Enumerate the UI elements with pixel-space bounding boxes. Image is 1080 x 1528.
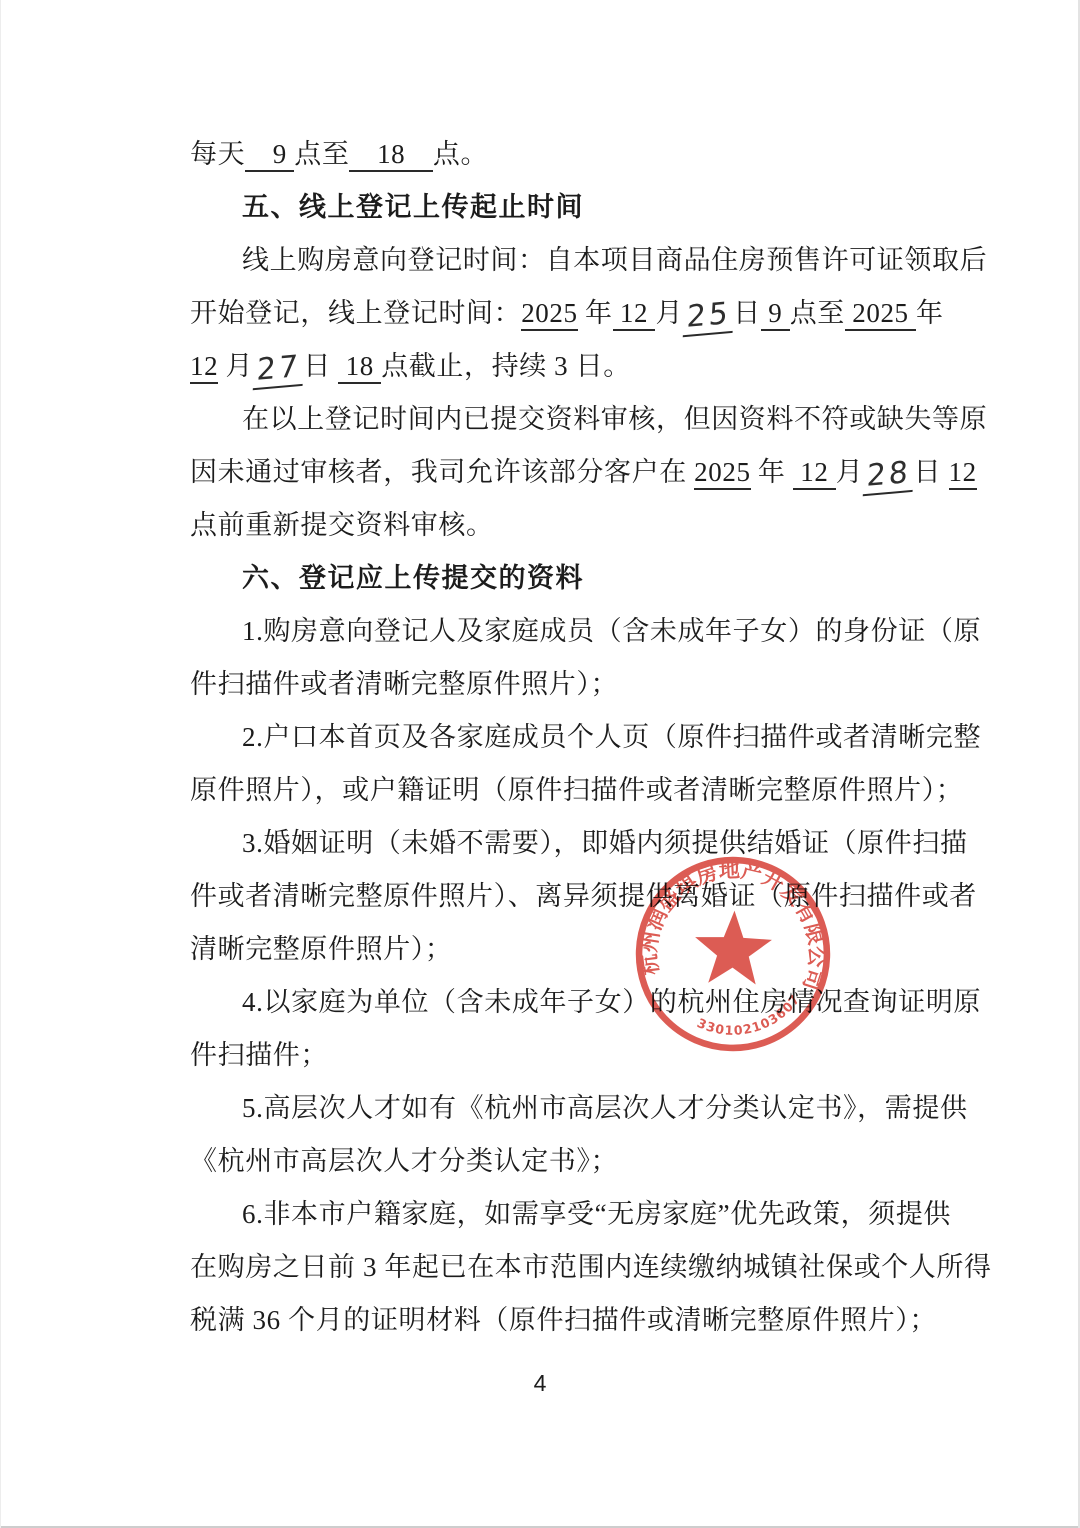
- line-item3-c: 清晰完整原件照片）；: [190, 923, 908, 976]
- line-item2-b: 原件照片），或户籍证明（原件扫描件或者清晰完整原件照片）；: [190, 764, 908, 817]
- text-segment: 日: [733, 298, 761, 328]
- underlined-value: 12: [190, 351, 218, 384]
- line-registration-end: 12 月27日 18 点截止，持续 3 日。: [190, 340, 908, 393]
- line-item6-c: 税满 36 个月的证明材料（原件扫描件或清晰完整原件照片）；: [190, 1294, 908, 1347]
- underlined-value: 18: [338, 351, 381, 384]
- heading-section-6: 六、登记应上传提交的资料: [190, 552, 908, 605]
- text-segment: 五、线上登记上传起止时间: [242, 192, 584, 223]
- underlined-value: 12: [613, 298, 656, 331]
- text-segment: 月: [836, 457, 864, 487]
- text-segment: 3.婚姻证明（未婚不需要），即婚内须提供结婚证（原件扫描: [242, 828, 968, 858]
- underlined-value: 9: [761, 298, 790, 331]
- line-review-1: 在以上登记时间内已提交资料审核，但因资料不符或缺失等原: [190, 393, 908, 446]
- line-registration-start: 开始登记，线上登记时间：2025 年 12 月25日 9 点至 2025 年: [190, 287, 908, 340]
- text-segment: 年: [578, 298, 613, 328]
- scan-edge-left: [0, 0, 1, 1528]
- text-segment: 线上购房意向登记时间：自本项目商品住房预售许可证领取后: [242, 245, 987, 275]
- document-body: 每天 9 点至 18 点。五、线上登记上传起止时间线上购房意向登记时间：自本项目…: [190, 128, 908, 1347]
- text-segment: 5.高层次人才如有《杭州市高层次人才分类认定书》，需提供: [242, 1093, 968, 1123]
- text-segment: 月: [655, 298, 683, 328]
- text-segment: 点至: [790, 298, 845, 328]
- underlined-value: 9: [245, 139, 294, 172]
- heading-section-5: 五、线上登记上传起止时间: [190, 181, 908, 234]
- text-segment: 在购房之日前 3 年起已在本市范围内连续缴纳城镇社保或个人所得: [190, 1252, 992, 1282]
- line-item4-b: 件扫描件；: [190, 1029, 908, 1082]
- text-segment: 每天: [190, 139, 245, 169]
- line-item4-a: 4.以家庭为单位（含未成年子女）的杭州住房情况查询证明原: [190, 976, 908, 1029]
- line-item3-a: 3.婚姻证明（未婚不需要），即婚内须提供结婚证（原件扫描: [190, 817, 908, 870]
- line-review-2: 因未通过审核者，我司允许该部分客户在 2025 年 12 月28日 12: [190, 446, 908, 499]
- line-item5-a: 5.高层次人才如有《杭州市高层次人才分类认定书》，需提供: [190, 1082, 908, 1135]
- text-segment: 开始登记，线上登记时间：: [190, 298, 521, 328]
- line-daily-hours: 每天 9 点至 18 点。: [190, 128, 908, 181]
- line-item1-a: 1.购房意向登记人及家庭成员（含未成年子女）的身份证（原: [190, 605, 908, 658]
- underlined-value: 2025: [521, 298, 577, 331]
- text-segment: 1.购房意向登记人及家庭成员（含未成年子女）的身份证（原: [242, 616, 981, 646]
- text-segment: 件扫描件或者清晰完整原件照片）；: [190, 669, 618, 699]
- handwritten-value: 28: [863, 458, 915, 497]
- handwritten-value: 27: [253, 352, 305, 391]
- line-registration-intro: 线上购房意向登记时间：自本项目商品住房预售许可证领取后: [190, 234, 908, 287]
- text-segment: 月: [218, 351, 253, 381]
- line-item2-a: 2.户口本首页及各家庭成员个人页（原件扫描件或者清晰完整: [190, 711, 908, 764]
- text-segment: 件或者清晰完整原件照片）、离异须提供离婚证（原件扫描件或者: [190, 881, 977, 911]
- line-item6-b: 在购房之日前 3 年起已在本市范围内连续缴纳城镇社保或个人所得: [190, 1241, 908, 1294]
- underlined-value: 18: [349, 139, 432, 172]
- line-item1-b: 件扫描件或者清晰完整原件照片）；: [190, 658, 908, 711]
- line-item5-b: 《杭州市高层次人才分类认定书》；: [190, 1135, 908, 1188]
- text-segment: 六、登记应上传提交的资料: [242, 563, 584, 594]
- underlined-value: 2025: [694, 457, 750, 490]
- text-segment: 清晰完整原件照片）；: [190, 934, 453, 964]
- text-segment: 因未通过审核者，我司允许该部分客户在: [190, 457, 694, 487]
- text-segment: 日: [303, 351, 338, 381]
- text-segment: 点。: [433, 139, 488, 169]
- text-segment: 点截止，持续 3 日。: [381, 351, 631, 381]
- page-number: 4: [0, 1370, 1080, 1397]
- text-segment: 2.户口本首页及各家庭成员个人页（原件扫描件或者清晰完整: [242, 722, 981, 752]
- underlined-value: 2025: [845, 298, 916, 331]
- text-segment: 4.以家庭为单位（含未成年子女）的杭州住房情况查询证明原: [242, 987, 981, 1017]
- text-segment: 6.非本市户籍家庭，如需享受“无房家庭”优先政策，须提供: [242, 1199, 951, 1229]
- text-segment: 点至: [294, 139, 349, 169]
- underlined-value: 12: [949, 457, 977, 490]
- text-segment: 在以上登记时间内已提交资料审核，但因资料不符或缺失等原: [242, 404, 987, 434]
- text-segment: 原件照片），或户籍证明（原件扫描件或者清晰完整原件照片）；: [190, 775, 963, 805]
- text-segment: 件扫描件；: [190, 1040, 328, 1070]
- text-segment: 年: [751, 457, 793, 487]
- line-item3-b: 件或者清晰完整原件照片）、离异须提供离婚证（原件扫描件或者: [190, 870, 908, 923]
- text-segment: 年: [916, 298, 944, 328]
- text-segment: 税满 36 个月的证明材料（原件扫描件或清晰完整原件照片）；: [190, 1305, 937, 1335]
- text-segment: 点前重新提交资料审核。: [190, 510, 494, 540]
- underlined-value: 12: [793, 457, 836, 490]
- text-segment: 《杭州市高层次人才分类认定书》；: [190, 1146, 618, 1176]
- line-item6-a: 6.非本市户籍家庭，如需享受“无房家庭”优先政策，须提供: [190, 1188, 908, 1241]
- text-segment: 日: [914, 457, 949, 487]
- line-review-3: 点前重新提交资料审核。: [190, 499, 908, 552]
- handwritten-value: 25: [683, 299, 735, 338]
